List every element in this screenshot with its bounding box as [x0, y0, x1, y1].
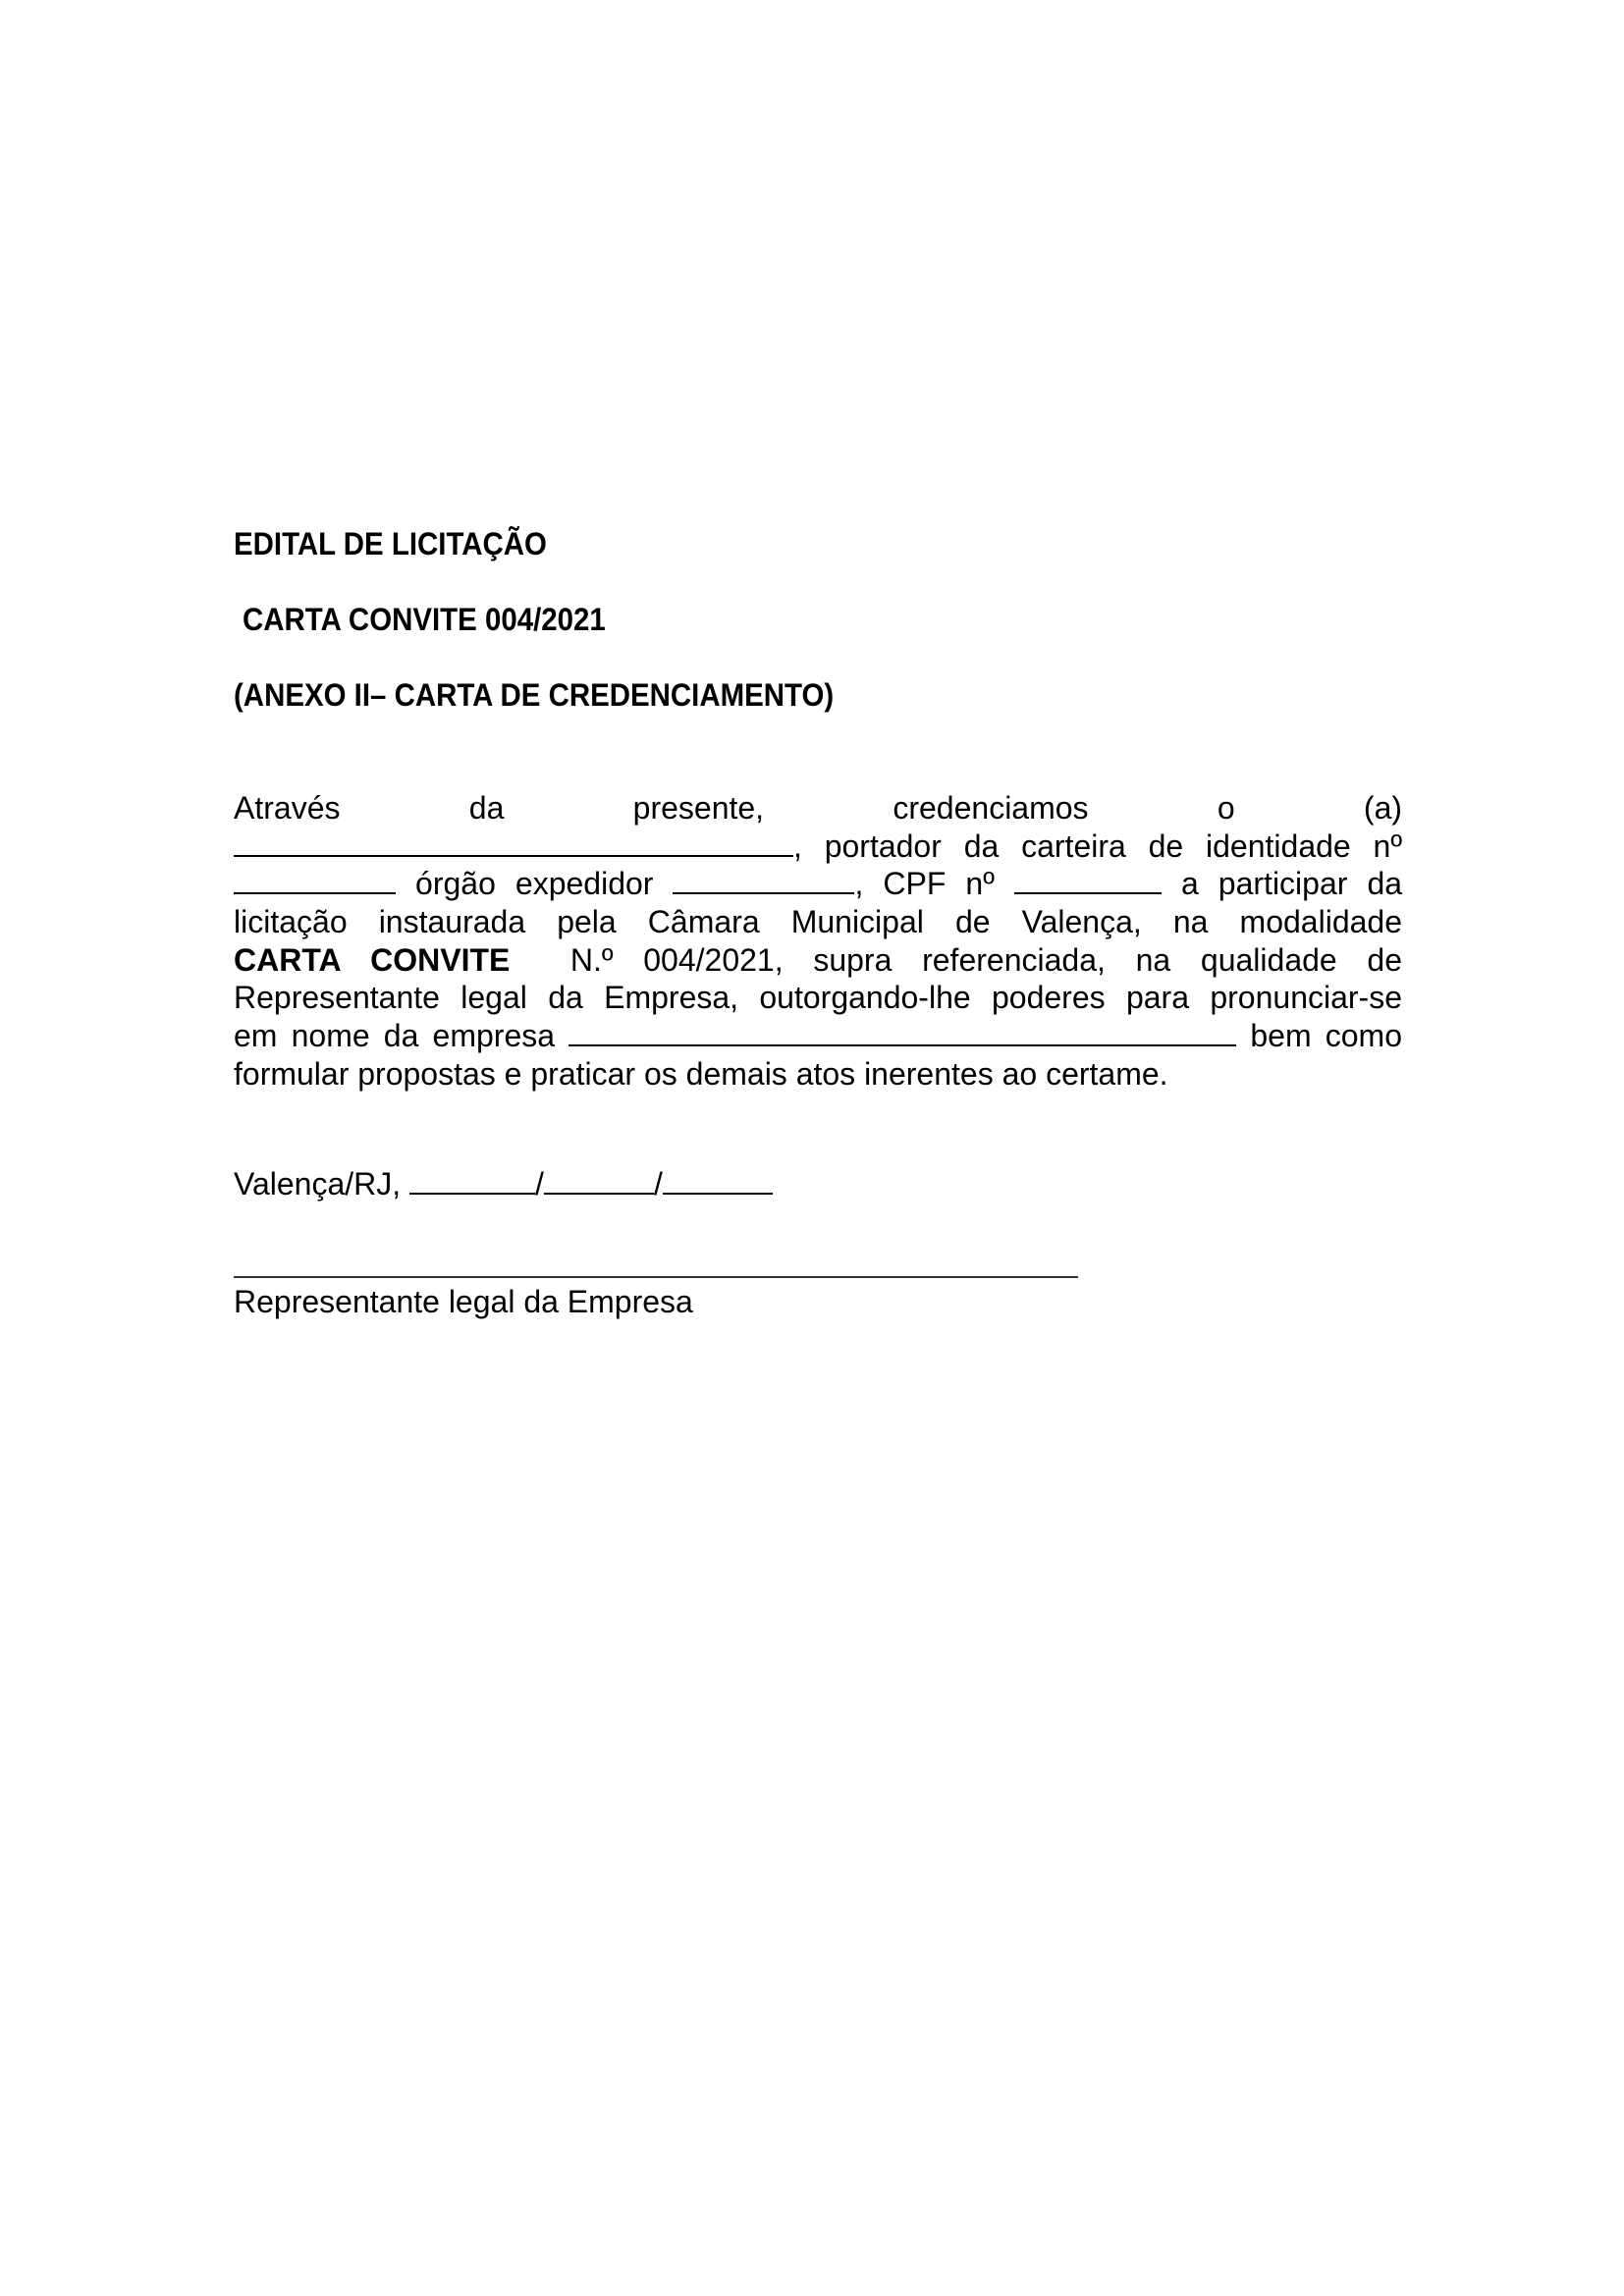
day-blank[interactable] — [409, 1167, 535, 1195]
signature-line[interactable] — [234, 1276, 1078, 1278]
text: a participar da — [1181, 866, 1402, 901]
word: presente, — [633, 790, 764, 826]
separator: / — [535, 1166, 544, 1201]
text: órgão expedidor — [415, 866, 653, 901]
paragraph-line-8: formular propostas e praticar os demais … — [234, 1055, 1402, 1094]
place-text: Valença/RJ, — [234, 1166, 401, 1201]
word: credenciamos — [893, 790, 1088, 826]
document-title: EDITAL DE LICITAÇÃO — [234, 528, 547, 560]
month-blank[interactable] — [544, 1167, 654, 1195]
separator: / — [654, 1166, 663, 1201]
paragraph-line-4: licitação instaurada pela Câmara Municip… — [234, 903, 1402, 941]
text: em nome da empresa — [234, 1018, 555, 1053]
annex-heading: (ANEXO II– CARTA DE CREDENCIAMENTO) — [234, 679, 834, 711]
cpf-blank[interactable] — [1014, 867, 1162, 894]
year-blank[interactable] — [663, 1167, 773, 1195]
id-number-blank[interactable] — [234, 867, 396, 894]
issuing-body-blank[interactable] — [673, 867, 854, 894]
document-subtitle: CARTA CONVITE 004/2021 — [243, 604, 606, 635]
bold-text: CARTA CONVITE — [234, 942, 510, 978]
signature-label: Representante legal da Empresa — [234, 1284, 693, 1320]
word: Através — [234, 790, 340, 826]
text: bem como — [1250, 1018, 1402, 1053]
credential-paragraph: Através da presente, credenciamos o (a) … — [234, 789, 1402, 1094]
representative-name-blank[interactable] — [234, 829, 793, 857]
paragraph-line-5: CARTA CONVITE N.º 004/2021, supra refere… — [234, 941, 1402, 980]
document-page: EDITAL DE LICITAÇÃO CARTA CONVITE 004/20… — [0, 0, 1624, 2296]
text: , portador da carteira de identidade nº — [793, 828, 1402, 864]
company-name-blank[interactable] — [568, 1019, 1236, 1046]
paragraph-line-3: órgão expedidor , CPF nº a participar da — [234, 865, 1402, 903]
paragraph-line-7: em nome da empresa bem como — [234, 1017, 1402, 1055]
text: , CPF nº — [854, 866, 994, 901]
paragraph-line-1: Através da presente, credenciamos o (a) — [234, 789, 1402, 828]
word: da — [469, 790, 505, 826]
word: (a) — [1364, 790, 1402, 826]
text: N.º 004/2021, supra referenciada, na qua… — [570, 942, 1402, 978]
paragraph-line-6: Representante legal da Empresa, outorgan… — [234, 979, 1402, 1017]
date-line: Valença/RJ, // — [234, 1166, 773, 1202]
paragraph-line-2: , portador da carteira de identidade nº — [234, 828, 1402, 866]
word: o — [1218, 790, 1235, 826]
